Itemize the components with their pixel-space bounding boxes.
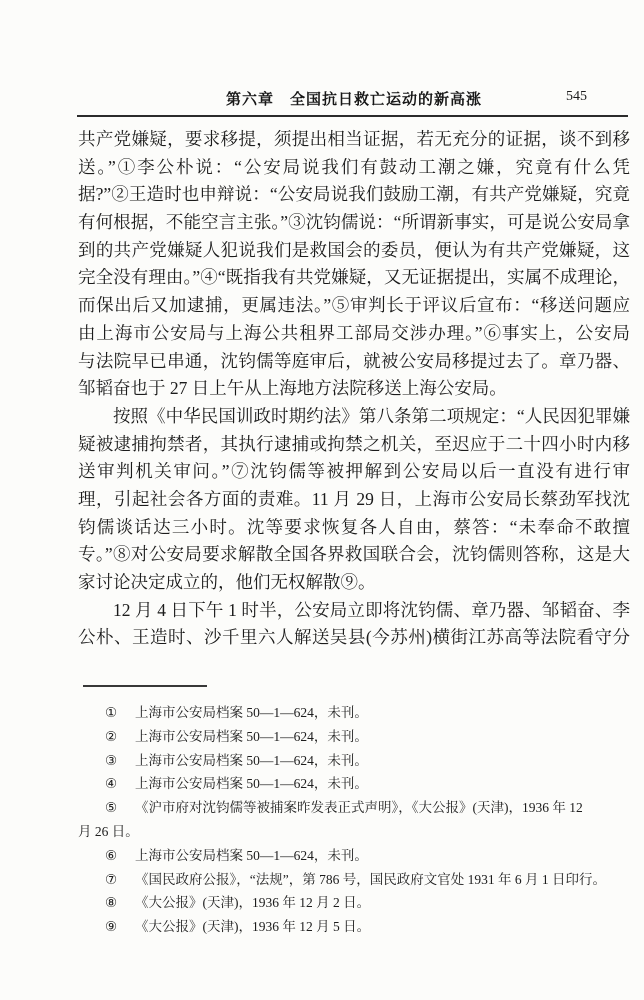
body-line: 据?”②王造时也申辩说：“公安局说我们鼓励工潮，有共产党嫌疑，究竟: [78, 181, 630, 209]
footnote-marker: ③: [105, 749, 122, 773]
footnote-marker: ②: [105, 725, 122, 749]
body-line: 完全没有理由。”④“既指我有共党嫌疑，又无证据提出，实属不成理论，: [78, 264, 630, 292]
body-line: 与法院早已串通，沈钧儒等庭审后，就被公安局移提过去了。章乃器、: [78, 348, 630, 376]
footnote-text: 《大公报》(天津)，1936 年 12 月 2 日。: [135, 895, 370, 910]
footnote-line: ⑥上海市公安局档案 50—1—624，未刊。: [78, 844, 634, 868]
body-line: 而保出后又加逮捕，更属违法。”⑤审判长于评议后宣布：“移送问题应: [78, 292, 630, 320]
footnote-text: 《沪市府对沈钧儒等被捕案昨发表正式声明》，《大公报》(天津)，1936 年 12: [135, 800, 583, 815]
footnote-marker: ⑨: [105, 915, 122, 939]
body-line: 家讨论决定成立的，他们无权解散⑨。: [78, 569, 630, 597]
footnote-line: ⑦《国民政府公报》，“法规”，第 786 号，国民政府文官处 1931 年 6 …: [78, 868, 634, 892]
body-line: 有何根据，不能空言主张。”③沈钧儒说：“所谓新事实，可是说公安局拿: [78, 209, 630, 237]
body-line: 送审判机关审问。”⑦沈钧儒等被押解到公安局以后一直没有进行审: [78, 458, 630, 486]
body-line: 公朴、王造时、沙千里六人解送吴县(今苏州)横街江苏高等法院看守分: [78, 624, 630, 652]
body-line: 共产党嫌疑，要求移提，须提出相当证据，若无充分的证据，谈不到移: [78, 126, 630, 154]
running-head-chapter-title: 第六章 全国抗日救亡运动的新高涨: [78, 88, 630, 109]
footnotes: ①上海市公安局档案 50—1—624，未刊。 ②上海市公安局档案 50—1—62…: [78, 701, 634, 939]
body-line: 送。”①李公朴说：“公安局说我们有鼓动工潮之嫌，究竟有什么凭: [78, 154, 630, 182]
footnote-line: ⑧《大公报》(天津)，1936 年 12 月 2 日。: [78, 891, 634, 915]
body-line: 按照《中华民国训政时期约法》第八条第二项规定：“人民因犯罪嫌: [78, 403, 630, 431]
body-line: 钧儒谈话达三小时。沈等要求恢复各人自由，蔡答：“未奉命不敢擅: [78, 514, 630, 542]
footnote-marker: ⑤: [105, 796, 122, 820]
footnote-line: ④上海市公安局档案 50—1—624，未刊。: [78, 772, 634, 796]
footnote-line: ⑨《大公报》(天津)，1936 年 12 月 5 日。: [78, 915, 634, 939]
footnote-line: ⑤《沪市府对沈钧儒等被捕案昨发表正式声明》，《大公报》(天津)，1936 年 1…: [78, 796, 634, 820]
footnote-continuation-line: 月 26 日。: [78, 820, 634, 844]
scanned-book-page: 第六章 全国抗日救亡运动的新高涨 545 共产党嫌疑，要求移提，须提出相当证据，…: [0, 0, 644, 1000]
body-line: 邹韬奋也于 27 日上午从上海地方法院移送上海公安局。: [78, 375, 630, 403]
footnote-separator-rule: [83, 685, 207, 687]
footnote-text: 上海市公安局档案 50—1—624，未刊。: [135, 776, 368, 791]
footnote-marker: ④: [105, 772, 122, 796]
header-rule: [77, 115, 628, 117]
footnote-marker: ⑧: [105, 891, 122, 915]
footnote-text: 《大公报》(天津)，1936 年 12 月 5 日。: [135, 919, 370, 934]
footnote-line: ②上海市公安局档案 50—1—624，未刊。: [78, 725, 634, 749]
body-line: 理，引起社会各方面的责难。11 月 29 日，上海市公安局长蔡劲军找沈: [78, 486, 630, 514]
footnote-text: 上海市公安局档案 50—1—624，未刊。: [135, 705, 368, 720]
footnote-text: 上海市公安局档案 50—1—624，未刊。: [135, 729, 368, 744]
footnote-marker: ⑦: [105, 868, 122, 892]
footnote-text: 上海市公安局档案 50—1—624，未刊。: [135, 848, 368, 863]
footnote-marker: ①: [105, 701, 122, 725]
page-number: 545: [566, 89, 596, 105]
footnote-line: ③上海市公安局档案 50—1—624，未刊。: [78, 749, 634, 773]
body-line: 专。”⑧对公安局要求解散全国各界救国联合会，沈钧儒则答称，这是大: [78, 541, 630, 569]
body-line: 12 月 4 日下午 1 时半，公安局立即将沈钧儒、章乃器、邹韬奋、李: [78, 597, 630, 625]
footnote-text: 上海市公安局档案 50—1—624，未刊。: [135, 753, 368, 768]
footnote-line: ①上海市公安局档案 50—1—624，未刊。: [78, 701, 634, 725]
body-line: 疑被逮捕拘禁者，其执行逮捕或拘禁之机关，至迟应于二十四小时内移: [78, 431, 630, 459]
footnote-text: 《国民政府公报》，“法规”，第 786 号，国民政府文官处 1931 年 6 月…: [135, 872, 606, 887]
body-line: 由上海市公安局与上海公共租界工部局交涉办理。”⑥事实上，公安局: [78, 320, 630, 348]
footnote-marker: ⑥: [105, 844, 122, 868]
body-line: 到的共产党嫌疑人犯说我们是救国会的委员，便认为有共产党嫌疑，这: [78, 237, 630, 265]
body-text: 共产党嫌疑，要求移提，须提出相当证据，若无充分的证据，谈不到移送。”①李公朴说：…: [78, 126, 630, 652]
